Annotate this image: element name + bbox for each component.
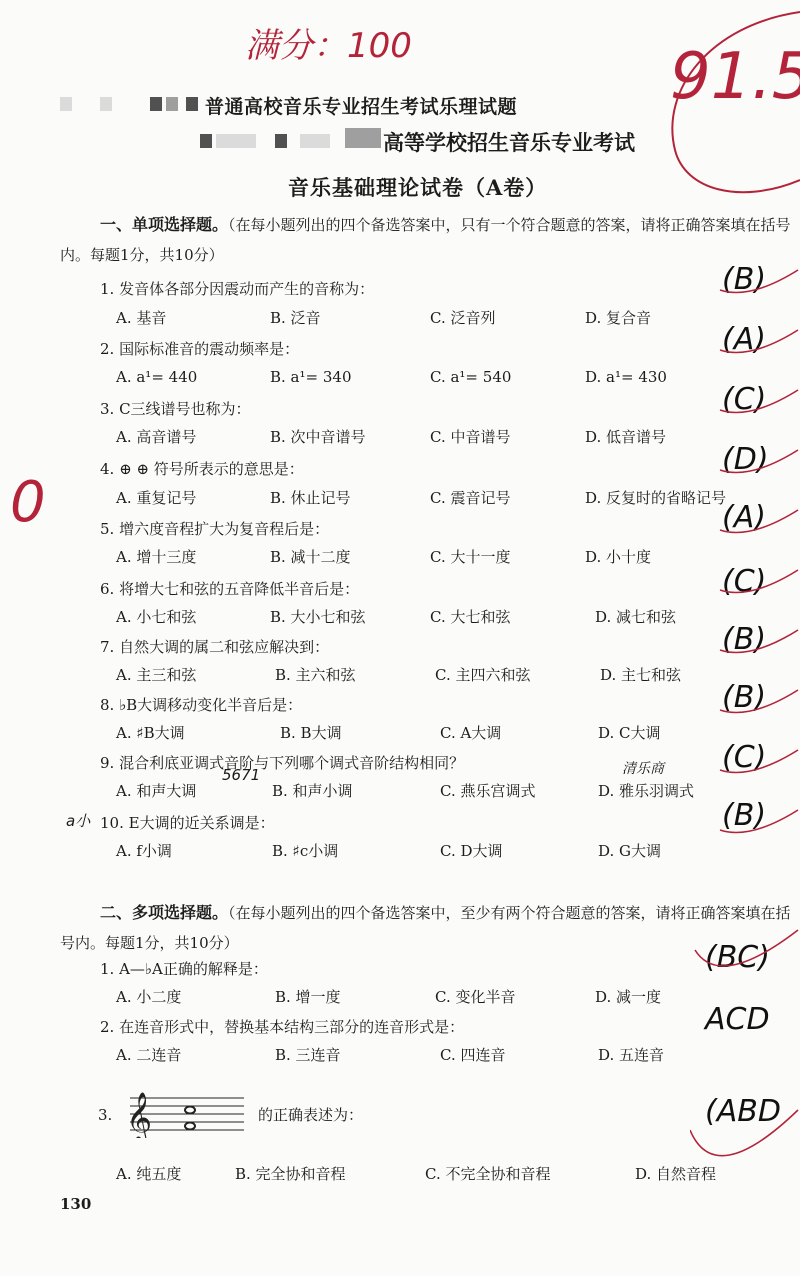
option-a: A. 和声大调 [116,780,196,801]
question-stem: 2. 在连音形式中，替换基本结构三部分的连音形式是： [100,1016,464,1037]
option-b: B. 增一度 [275,986,341,1007]
section1-header: 一、单项选择题。（在每小题列出的四个备选答案中，只有一个符合题意的答案，请将正确… [60,210,800,270]
left-margin-mark: 0 [10,470,46,535]
option-d: D. 减一度 [595,986,661,1007]
option-a: A. a¹= 440 [116,368,197,386]
grading-check-marks [690,250,800,1200]
question-stem: 2. 国际标准音的震动频率是： [100,338,299,359]
question-stem: 1. A—♭A正确的解释是： [100,958,268,979]
option-d: D. a¹= 430 [585,368,667,386]
redacted-block [60,97,72,111]
redacted-block [275,134,287,148]
option-c: C. 泛音列 [430,307,495,328]
question-stem: 7. 自然大调的属二和弦应解决到： [100,636,329,657]
section1-heading: 一、单项选择题。 [100,215,228,234]
question-stem: 8. ♭B大调移动变化半音后是： [100,694,302,715]
option-c: C. 大七和弦 [430,606,510,627]
option-b: B. 主六和弦 [275,664,356,685]
option-c: C. a¹= 540 [430,368,511,386]
redacted-block [345,128,381,148]
option-d: D. 低音谱号 [585,426,666,447]
handwritten-note: 5671 [222,766,260,784]
question-stem: 10. E大调的近关系调是： [100,812,275,833]
section2-heading: 二、多项选择题。 [100,903,228,922]
option-a: A. 小七和弦 [116,606,196,627]
question-stem: 4. ⊕ ⊕ 符号所表示的意思是： [100,458,304,479]
option-c: C. 大十一度 [430,546,510,567]
redacted-block [100,97,112,111]
redacted-block [150,97,162,111]
option-d: D. 主七和弦 [600,664,681,685]
music-staff-icon: 𝄞 [122,1092,244,1138]
option-b: B. 大小七和弦 [270,606,366,627]
option-b: B. 完全协和音程 [235,1163,346,1184]
redacted-block [216,134,256,148]
question-stem: 3. C三线谱号也称为： [100,398,251,419]
question-stem: 1. 发音体各部分因震动而产生的音称为： [100,278,374,299]
redacted-block [166,97,178,111]
option-d: D. C大调 [598,722,661,743]
option-c: C. 中音谱号 [430,426,510,447]
handwritten-note: a小 [66,810,90,831]
question-stem: 6. 将增大七和弦的五音降低半音后是： [100,578,359,599]
exam-title-line1: 普通高校音乐专业招生考试乐理试题 [205,92,517,119]
exam-title-line3: 音乐基础理论试卷（A卷） [288,172,547,202]
redacted-block [186,97,198,111]
option-c: C. 变化半音 [435,986,515,1007]
option-b: B. ♯c小调 [272,840,338,861]
option-d: D. 减七和弦 [595,606,676,627]
option-b: B. a¹= 340 [270,368,351,386]
option-c: C. 燕乐宫调式 [440,780,535,801]
option-b: B. 减十二度 [270,546,351,567]
option-c: C. 震音记号 [430,487,510,508]
section2-header: 二、多项选择题。（在每小题列出的四个备选答案中，至少有两个符合题意的答案，请将正… [60,898,800,958]
handwritten-note: 清乐商 [622,758,664,778]
page-number: 130 [60,1195,91,1213]
option-a: A. f小调 [116,840,172,861]
option-d: D. 复合音 [585,307,651,328]
question-stem: 的正确表述为： [258,1104,363,1125]
option-c: C. 不完全协和音程 [425,1163,550,1184]
question-stem: 5. 增六度音程扩大为复音程后是： [100,518,329,539]
option-b: B. 次中音谱号 [270,426,366,447]
option-a: A. 高音谱号 [116,426,196,447]
option-a: A. 纯五度 [116,1163,181,1184]
option-a: A. 重复记号 [116,487,196,508]
option-b: B. 泛音 [270,307,321,328]
question-stem: 9. 混合利底亚调式音阶与下列哪个调式音阶结构相同？ [100,752,464,773]
option-a: A. 二连音 [116,1044,181,1065]
option-b: B. B大调 [280,722,342,743]
option-c: C. A大调 [440,722,501,743]
option-a: A. 基音 [116,307,166,328]
handwritten-score: 91.5 [670,40,800,114]
option-a: A. 主三和弦 [116,664,196,685]
option-c: C. 四连音 [440,1044,505,1065]
option-d: D. 小十度 [585,546,651,567]
option-a: A. 小二度 [116,986,181,1007]
option-b: B. 三连音 [275,1044,341,1065]
svg-text:𝄞: 𝄞 [126,1092,152,1138]
exam-title-line2: 高等学校招生音乐专业考试 [383,127,635,157]
redacted-block [200,134,212,148]
handwritten-full-score: 满分：100 [245,18,412,67]
redacted-block [300,134,330,148]
option-a: A. 增十三度 [116,546,196,567]
option-a: A. ♯B大调 [116,722,185,743]
option-b: B. 休止记号 [270,487,351,508]
option-c: C. 主四六和弦 [435,664,530,685]
option-d: D. 雅乐羽调式 [598,780,694,801]
option-c: C. D大调 [440,840,503,861]
question-number: 3. [98,1106,112,1124]
option-d: D. 五连音 [598,1044,664,1065]
option-d: D. G大调 [598,840,661,861]
option-b: B. 和声小调 [272,780,353,801]
